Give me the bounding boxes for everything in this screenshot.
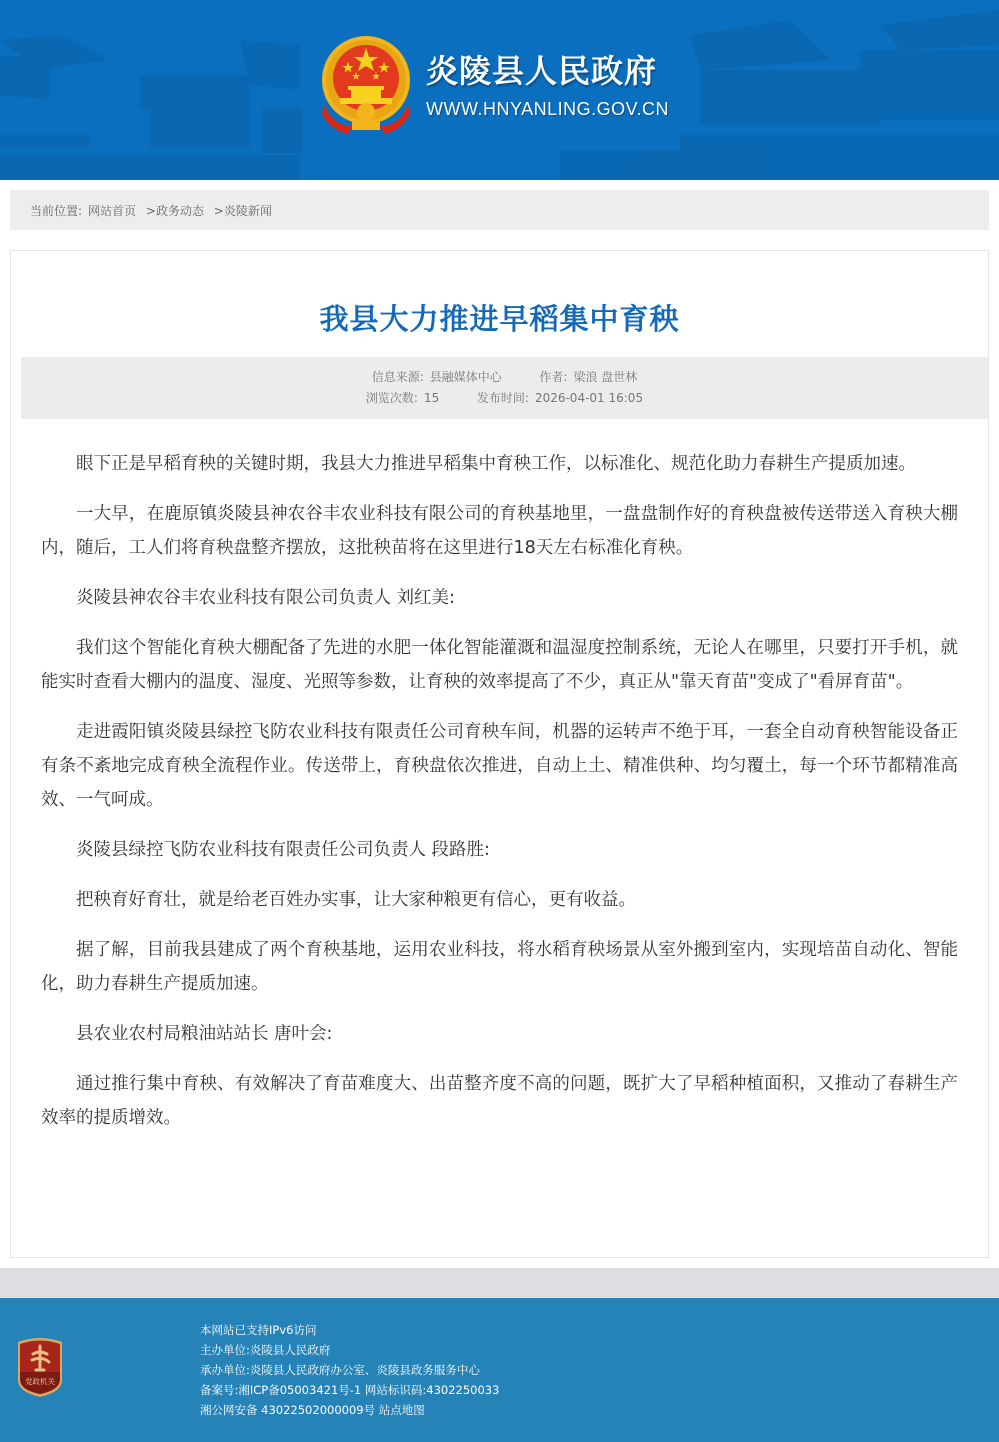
footer-divider-band <box>0 1268 999 1298</box>
article-paragraph: 我们这个智能化育秧大棚配备了先进的水肥一体化智能灌溉和温湿度控制系统，无论人在哪… <box>41 631 958 699</box>
police-record-link[interactable]: 湘公网安备 43022502000009号 <box>200 1403 375 1417</box>
organizer-line: 承办单位:炎陵县人民政府办公室、炎陵县政务服务中心 <box>200 1360 499 1380</box>
icp-line: 备案号:湘ICP备05003421号-1 网站标识码:4302250033 <box>200 1380 499 1400</box>
published-time: 2026-04-01 16:05 <box>535 391 643 405</box>
article-meta: 信息来源:县融媒体中心 作者:梁浪 盘世林 浏览次数:15 发布时间:2026-… <box>21 357 988 419</box>
article-paragraph: 炎陵县神农谷丰农业科技有限公司负责人 刘红美: <box>41 581 958 615</box>
organizer-value: 炎陵县人民政府办公室、炎陵县政务服务中心 <box>250 1363 480 1377</box>
article-paragraph: 一大早，在鹿原镇炎陵县神农谷丰农业科技有限公司的育秧基地里，一盘盘制作好的育秧盘… <box>41 497 958 565</box>
police-record-line: 湘公网安备 43022502000009号 站点地图 <box>200 1400 499 1420</box>
breadcrumb-home[interactable]: 网站首页 <box>88 202 136 219</box>
sponsor-line: 主办单位:炎陵县人民政府 <box>200 1340 499 1360</box>
site-url: WWW.HNYANLING.GOV.CN <box>426 99 669 120</box>
article-meta-row-stats: 浏览次数:15 发布时间:2026-04-01 16:05 <box>363 388 646 409</box>
site-brand[interactable]: 炎陵县人民政府 WWW.HNYANLING.GOV.CN <box>318 34 669 136</box>
author-value: 梁浪 盘世林 <box>573 370 637 384</box>
party-government-badge-icon[interactable]: 党政机关 <box>14 1336 66 1398</box>
article-body: 眼下正是早稻育秧的关键时期，我县大力推进早稻集中育秧工作，以标准化、规范化助力春… <box>11 419 988 1135</box>
article-meta-row-source: 信息来源:县融媒体中心 作者:梁浪 盘世林 <box>369 367 641 388</box>
breadcrumb-yanling-news[interactable]: >炎陵新闻 <box>214 202 272 219</box>
sitemap-link[interactable]: 站点地图 <box>379 1403 425 1417</box>
site-id-value: 4302250033 <box>426 1383 499 1397</box>
article-title: 我县大力推进早稻集中育秧 <box>11 299 988 339</box>
article-paragraph: 走进霞阳镇炎陵县绿控飞防农业科技有限责任公司育秧车间，机器的运转声不绝于耳，一套… <box>41 715 958 817</box>
national-emblem-icon <box>318 34 414 136</box>
site-footer: 党政机关 本网站已支持IPv6访问 主办单位:炎陵县人民政府 承办单位:炎陵县人… <box>0 1298 999 1442</box>
source-label: 信息来源: <box>372 370 424 384</box>
published-label: 发布时间: <box>477 391 529 405</box>
author-label: 作者: <box>539 370 567 384</box>
ipv6-notice: 本网站已支持IPv6访问 <box>200 1320 499 1340</box>
views-label: 浏览次数: <box>366 391 418 405</box>
breadcrumb: 当前位置: 网站首页 >政务动态 >炎陵新闻 <box>10 190 989 230</box>
article-paragraph: 把秧育好育壮，就是给老百姓办实事，让大家种粮更有信心，更有收益。 <box>41 883 958 917</box>
article-card: 我县大力推进早稻集中育秧 信息来源:县融媒体中心 作者:梁浪 盘世林 浏览次数:… <box>10 250 989 1258</box>
breadcrumb-label: 当前位置: <box>30 202 82 219</box>
svg-text:党政机关: 党政机关 <box>25 1376 55 1386</box>
article-paragraph: 炎陵县绿控飞防农业科技有限责任公司负责人 段路胜: <box>41 833 958 867</box>
breadcrumb-government-affairs[interactable]: >政务动态 <box>146 202 204 219</box>
footer-info: 本网站已支持IPv6访问 主办单位:炎陵县人民政府 承办单位:炎陵县人民政府办公… <box>200 1320 499 1420</box>
article-paragraph: 据了解，目前我县建成了两个育秧基地，运用农业科技，将水稻育秧场景从室外搬到室内，… <box>41 933 958 1001</box>
icp-record-link[interactable]: 湘ICP备05003421号-1 <box>238 1383 361 1397</box>
views-count: 15 <box>424 391 439 405</box>
article-paragraph: 眼下正是早稻育秧的关键时期，我县大力推进早稻集中育秧工作，以标准化、规范化助力春… <box>41 447 958 481</box>
article-paragraph: 县农业农村局粮油站站长 唐叶会: <box>41 1017 958 1051</box>
article-paragraph: 通过推行集中育秧、有效解决了育苗难度大、出苗整齐度不高的问题，既扩大了早稻种植面… <box>41 1067 958 1135</box>
site-header: 炎陵县人民政府 WWW.HNYANLING.GOV.CN <box>0 0 999 180</box>
source-value: 县融媒体中心 <box>430 370 502 384</box>
sponsor-value: 炎陵县人民政府 <box>250 1343 331 1357</box>
site-title: 炎陵县人民政府 <box>426 51 669 91</box>
